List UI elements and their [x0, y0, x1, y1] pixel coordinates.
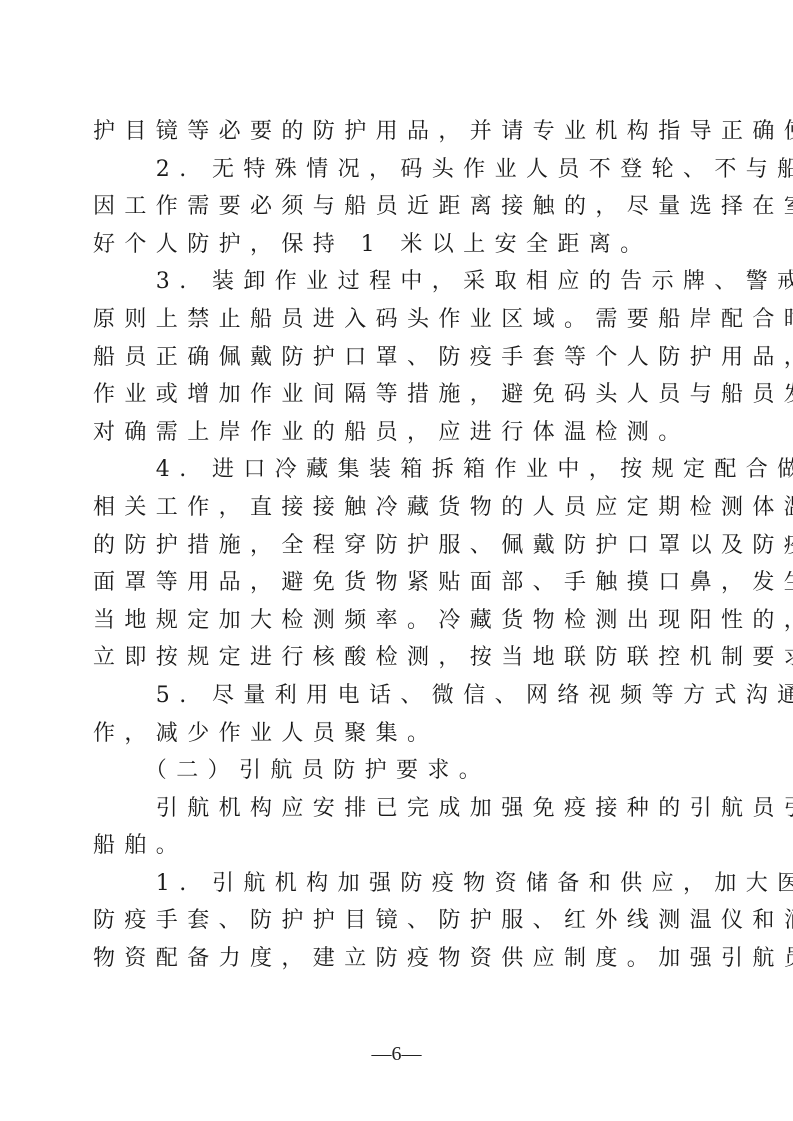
text-line: 防疫手套、防护护目镜、防护服、红外线测温仪和消毒液等防疫 — [93, 902, 699, 940]
text-line: 立即按规定进行核酸检测，按当地联防联控机制要求进行处置。 — [93, 639, 699, 677]
text-line: 相关工作，直接接触冷藏货物的人员应定期检测体温，采取严格 — [93, 489, 699, 527]
text-line: 物资配备力度，建立防疫物资供应制度。加强引航员健康状况监 — [93, 940, 699, 978]
text-line: 原则上禁止船员进入码头作业区域。需要船岸配合时，应当要求 — [93, 301, 699, 339]
section-heading: （二）引航员防护要求。 — [93, 752, 699, 790]
text-line: 作，减少作业人员聚集。 — [93, 715, 699, 753]
document-body: 护目镜等必要的防护用品，并请专业机构指导正确使用。 2. 无特殊情况，码头作业人… — [93, 113, 699, 978]
text-line: 护目镜等必要的防护用品，并请专业机构指导正确使用。 — [93, 113, 699, 151]
text-line: 对确需上岸作业的船员，应进行体温检测。 — [93, 414, 699, 452]
text-line: 的防护措施，全程穿防护服、佩戴防护口罩以及防疫手套、防护 — [93, 527, 699, 565]
text-line: 引航机构应安排已完成加强免疫接种的引航员引领国际航行 — [93, 790, 699, 828]
text-line: 因工作需要必须与船员近距离接触的，尽量选择在室外空间，做 — [93, 188, 699, 226]
text-line: 船舶。 — [93, 827, 699, 865]
text-line: 面罩等用品，避免货物紧贴面部、手触摸口鼻，发生疫情地区按 — [93, 564, 699, 602]
text-line-item-5: 5. 尽量利用电话、微信、网络视频等方式沟通联系和部署工 — [93, 677, 699, 715]
text-line: 船员正确佩戴防护口罩、防疫手套等个人防护用品，并采取轮流 — [93, 339, 699, 377]
text-line-item-2: 2. 无特殊情况，码头作业人员不登轮、不与船员直接接触。 — [93, 151, 699, 189]
text-line-item-3: 3. 装卸作业过程中，采取相应的告示牌、警戒线等隔离措施， — [93, 263, 699, 301]
text-line: 当地规定加大检测频率。冷藏货物检测出现阳性的，装卸人员应 — [93, 602, 699, 640]
page-number: —6— — [0, 1043, 793, 1066]
text-line-item-1: 1. 引航机构加强防疫物资储备和供应，加大医用防护口罩、 — [93, 865, 699, 903]
text-line: 好个人防护，保持 1 米以上安全距离。 — [93, 226, 699, 264]
text-line: 作业或增加作业间隔等措施，避免码头人员与船员发生直接接触。 — [93, 376, 699, 414]
text-line-item-4: 4. 进口冷藏集装箱拆箱作业中，按规定配合做好预防性消毒 — [93, 451, 699, 489]
